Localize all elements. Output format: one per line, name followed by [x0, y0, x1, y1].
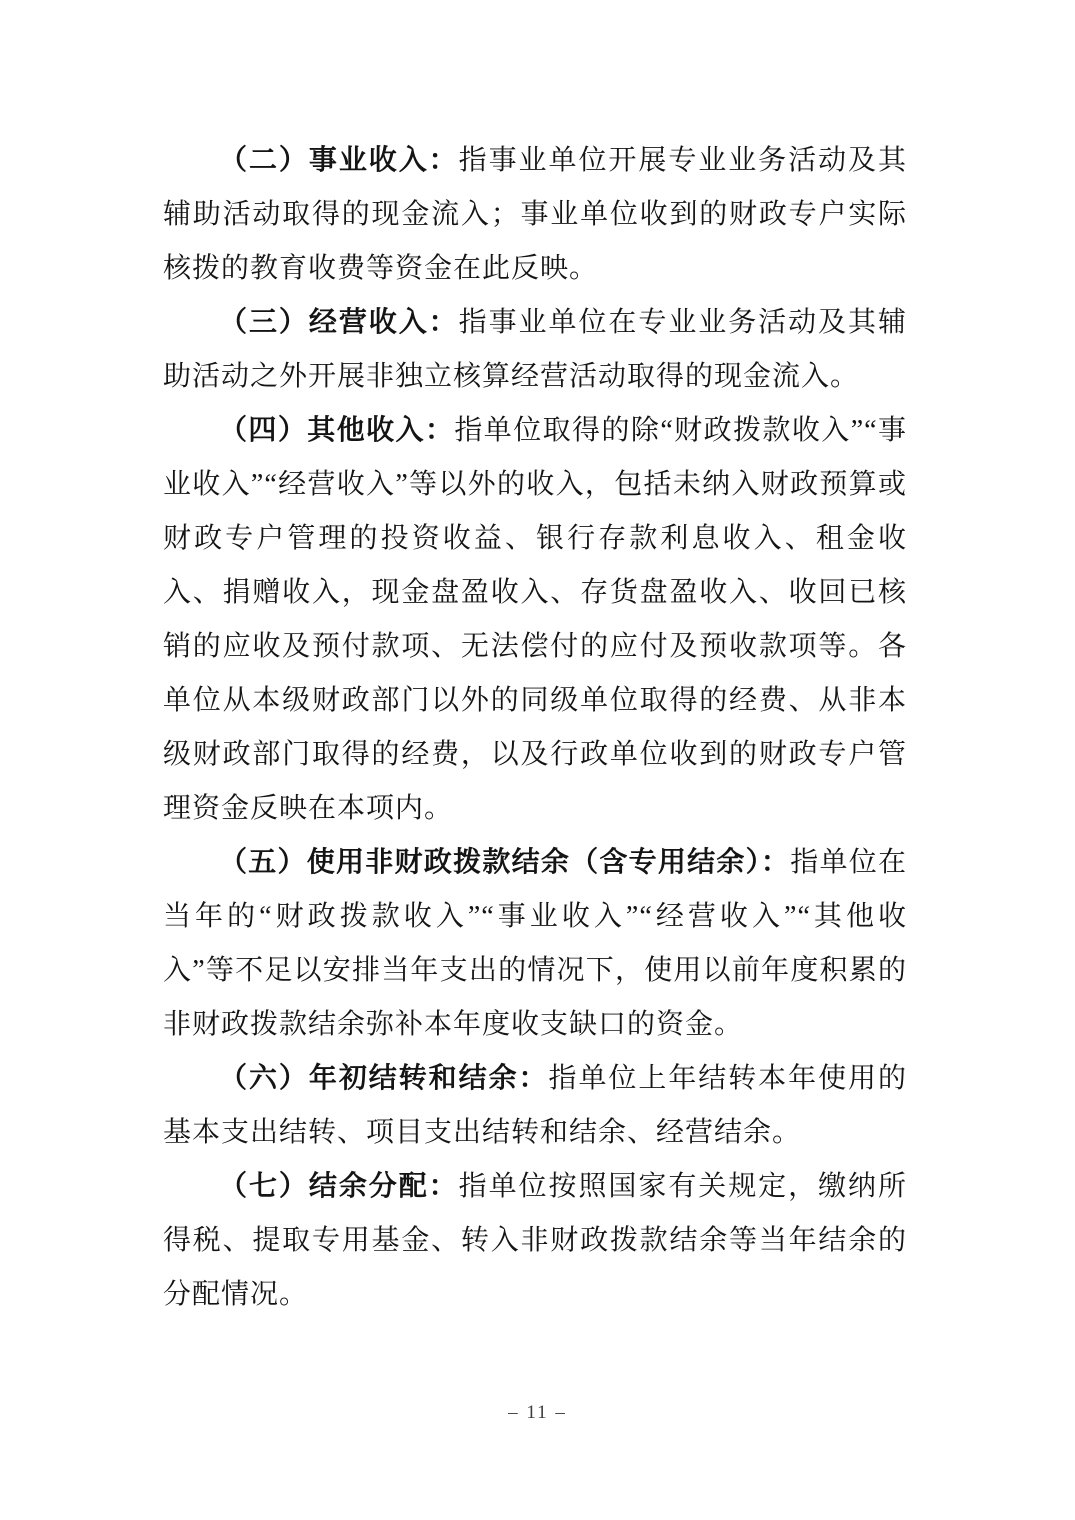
paragraph-heading: （二）事业收入： [219, 145, 459, 176]
paragraph-heading: （六）年初结转和结余： [219, 1063, 549, 1094]
page-number: – 11 – [0, 1402, 1075, 1424]
paragraph-item-3: （三）经营收入：指事业单位在专业业务活动及其辅助活动之外开展非独立核算经营活动取… [163, 296, 907, 404]
paragraph-item-5: （五）使用非财政拨款结余（含专用结余）：指单位在当年的“财政拨款收入”“事业收入… [163, 836, 907, 1052]
paragraph-heading: （五）使用非财政拨款结余（含专用结余）： [219, 847, 790, 878]
paragraph-item-6: （六）年初结转和结余：指单位上年结转本年使用的基本支出结转、项目支出结转和结余、… [163, 1052, 907, 1160]
document-page: （二）事业收入：指事业单位开展专业业务活动及其辅助活动取得的现金流入；事业单位收… [0, 0, 1075, 1520]
paragraph-heading: （三）经营收入： [219, 307, 459, 338]
paragraph-heading: （四）其他收入： [219, 415, 454, 446]
paragraph-item-7: （七）结余分配：指单位按照国家有关规定，缴纳所得税、提取专用基金、转入非财政拨款… [163, 1160, 907, 1322]
document-body: （二）事业收入：指事业单位开展专业业务活动及其辅助活动取得的现金流入；事业单位收… [163, 134, 907, 1322]
paragraph-item-2: （二）事业收入：指事业单位开展专业业务活动及其辅助活动取得的现金流入；事业单位收… [163, 134, 907, 296]
paragraph-item-4: （四）其他收入：指单位取得的除“财政拨款收入”“事业收入”“经营收入”等以外的收… [163, 404, 907, 836]
paragraph-body: 指单位取得的除“财政拨款收入”“事业收入”“经营收入”等以外的收入，包括未纳入财… [163, 415, 907, 824]
paragraph-heading: （七）结余分配： [219, 1171, 459, 1202]
